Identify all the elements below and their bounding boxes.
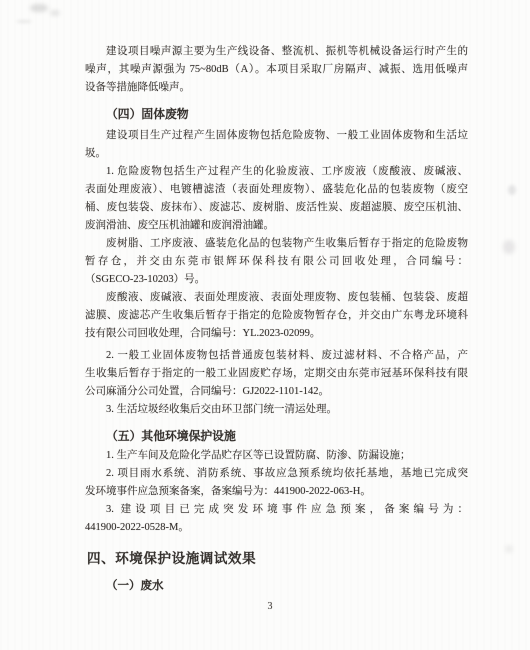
paragraph-acid-disposal: 废酸液、废碱液、表面处理废液、表面处理废物、废包装桶、包装袋、废超 滤膜、废滤芯… xyxy=(85,289,468,343)
text-line: 1. 生产车间及危险化学品贮存区等已设置防腐、防渗、防漏设施； xyxy=(85,447,468,465)
text-line: 暂存仓，并交由东莞市银辉环保科技有限公司回收处理，合同编号： xyxy=(85,253,468,271)
heading-solid-waste: （四）固体废物 xyxy=(85,105,468,123)
text-line: （SGECO-23-10203）号。 xyxy=(85,271,468,289)
text-line: 建设项目生产过程产生固体废物包括危险废物、一般工业固体废物和生活垃 xyxy=(85,127,468,145)
paragraph-resin-disposal: 废树脂、工序废液、盛装危化品的包装物产生收集后暂存于指定的危险废物 暂存仓，并交… xyxy=(85,235,468,289)
paragraph-domestic-waste: 3. 生活垃圾经收集后交由环卫部门统一清运处理。 xyxy=(85,401,468,419)
scan-smudge xyxy=(503,240,515,254)
text-line: 废润滑油、废空压机油罐和废润滑油罐。 xyxy=(85,217,468,235)
text-line: 桶、废包装袋、废抹布）、废滤芯、废树脂、废活性炭、废超滤膜、废空压机油、 xyxy=(85,199,468,217)
scan-smudge xyxy=(16,20,32,23)
text-line: 废酸液、废碱液、表面处理废液、表面处理废物、废包装桶、包装袋、废超 xyxy=(85,289,468,307)
scan-smudge xyxy=(30,4,48,12)
text-line: 发环境事件应急预案备案，备案编号为：441900-2022-063-H。 xyxy=(85,483,468,501)
chapter-heading-debugging-effect: 四、环境保护设施调试效果 xyxy=(87,549,468,569)
scanned-document-page: 建设项目噪声源主要为生产线设备、整流机、振机等机械设备运行时产生的 噪声，其噪声… xyxy=(0,0,530,650)
page-number: 3 xyxy=(85,599,468,615)
paragraph-emergency-plan-record: 3. 建设项目已完成突发环境事件应急预案，备案编号为： 441900-2022-… xyxy=(85,501,468,537)
text-line: 2. 项目雨水系统、消防系统、事故应急预系统均依托基地，基地已完成突 xyxy=(85,465,468,483)
text-line: 废树脂、工序废液、盛装危化品的包装物产生收集后暂存于指定的危险废物 xyxy=(85,235,468,253)
text-line: 表面处理废液）、电镀槽滤渣（表面处理废物）、盛装危化品的包装废物（废空 xyxy=(85,181,468,199)
text-line: 生收集后暂存于指定的一般工业固废贮存场，定期交由东莞市冠基环保科技有限 xyxy=(85,365,468,383)
text-line: 公司麻涌分公司处置，合同编号：GJ2022-1101-142。 xyxy=(85,383,468,401)
scan-smudge xyxy=(505,545,513,553)
paragraph-solid-waste-intro: 建设项目生产过程产生固体废物包括危险废物、一般工业固体废物和生活垃 圾。 xyxy=(85,127,468,163)
heading-wastewater: （一）废水 xyxy=(85,577,468,595)
text-line: 技有限公司回收处理，合同编号：YL.2023-02099。 xyxy=(85,325,468,343)
scan-smudge xyxy=(50,10,60,16)
paragraph-general-industrial-waste: 2. 一般工业固体废物包括普通废包装材料、废过滤材料、不合格产品，产 生收集后暂… xyxy=(85,347,468,401)
text-line: 441900-2022-0528-M。 xyxy=(85,519,468,537)
heading-other-protection-facilities: （五）其他环境保护设施 xyxy=(85,427,468,445)
text-line: 滤膜、废滤芯产生收集后暂存于指定的危险废物暂存仓，并交由广东粤龙环境科 xyxy=(85,307,468,325)
paragraph-hazardous-waste: 1. 危险废物包括生产过程产生的化验废液、工序废液（废酸液、废碱液、 表面处理废… xyxy=(85,163,468,235)
paragraph-emergency-systems: 2. 项目雨水系统、消防系统、事故应急预系统均依托基地，基地已完成突 发环境事件… xyxy=(85,465,468,501)
paragraph-noise-sources: 建设项目噪声源主要为生产线设备、整流机、振机等机械设备运行时产生的 噪声，其噪声… xyxy=(85,43,468,97)
text-line: 1. 危险废物包括生产过程产生的化验废液、工序废液（废酸液、废碱液、 xyxy=(85,163,468,181)
scan-smudge xyxy=(508,185,516,195)
text-line: 噪声，其噪声源强为 75~80dB（A）。本项目采取厂房隔声、减振、选用低噪声 xyxy=(85,61,468,79)
text-line: 3. 生活垃圾经收集后交由环卫部门统一清运处理。 xyxy=(85,401,468,419)
page-content: 建设项目噪声源主要为生产线设备、整流机、振机等机械设备运行时产生的 噪声，其噪声… xyxy=(85,43,468,615)
text-line: 圾。 xyxy=(85,145,468,163)
text-line: 设备等措施降低噪声。 xyxy=(85,79,468,97)
text-line: 建设项目噪声源主要为生产线设备、整流机、振机等机械设备运行时产生的 xyxy=(85,43,468,61)
text-line: 2. 一般工业固体废物包括普通废包装材料、废过滤材料、不合格产品，产 xyxy=(85,347,468,365)
text-line: 3. 建设项目已完成突发环境事件应急预案，备案编号为： xyxy=(85,501,468,519)
paragraph-anticorrosion-facilities: 1. 生产车间及危险化学品贮存区等已设置防腐、防渗、防漏设施； xyxy=(85,447,468,465)
